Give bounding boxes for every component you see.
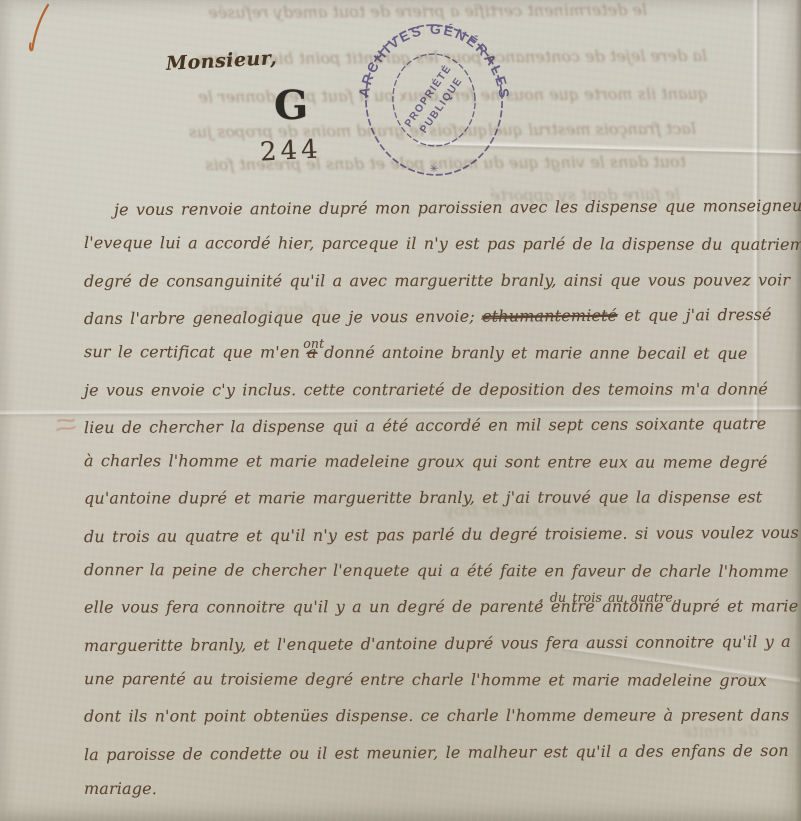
letter-line-5: sur le certificat que m'en onta donné an… bbox=[84, 342, 748, 363]
struck-word: a bbox=[307, 343, 317, 362]
archive-number: 244 bbox=[259, 134, 322, 167]
scan-edge-shadow bbox=[795, 0, 801, 821]
struck-word: ethumantemieté bbox=[482, 306, 617, 326]
margin-ink-mark-icon bbox=[56, 416, 78, 440]
letter-line-1: je vous renvoie antoine dupré mon parois… bbox=[114, 196, 801, 219]
letter-line-2: l'eveque lui a accordé hier, parceque il… bbox=[84, 233, 801, 254]
insertion-point: ethumantemieté bbox=[482, 306, 617, 326]
letter-line-13: margueritte branly, et l'enquete d'antoi… bbox=[84, 631, 791, 654]
insertion-point: onta bbox=[307, 343, 317, 362]
stamp-bottom-mark: ✳ bbox=[430, 164, 438, 175]
letter-line-14: une parenté au troisieme degré entre cha… bbox=[84, 669, 767, 690]
letter-line-11: donner la peine de chercher l'enquete qu… bbox=[84, 560, 789, 581]
letter-line-9: qu'antoine dupré et marie margueritte br… bbox=[84, 488, 762, 508]
checkmark-icon bbox=[22, 2, 52, 57]
letter-line-10: du trois au quatre et qu'il n'y est pas … bbox=[84, 523, 799, 546]
letter-line-4: dans l'arbre genealogique que je vous en… bbox=[84, 305, 772, 328]
letter-line-16: la paroisse de condette ou il est meunie… bbox=[84, 740, 789, 763]
letter-line-12: elle vous fera connoitre qu'il y a un de… bbox=[84, 597, 798, 617]
letter-line-6: je vous envoie c'y inclus. cette contrar… bbox=[84, 379, 768, 399]
interline-insertion: , du trois au quatre, bbox=[540, 590, 677, 605]
letter-line-7: lieu de chercher la dispense qui a été a… bbox=[84, 414, 766, 437]
letter-page: le determinent certifie a priere de tout… bbox=[0, 0, 801, 821]
archive-letter-stamp: G bbox=[274, 82, 309, 130]
letter-line-8: à charles l'homme et marie madeleine gro… bbox=[84, 451, 768, 472]
letter-line-15: dont ils n'ont point obtenües dispense. … bbox=[84, 706, 789, 726]
archives-generales-stamp: ARCHIVES GÉNÉRALES PROPRIÉTÉ PUBLIQUE ✳ bbox=[358, 20, 510, 182]
letter-line-17: mariage. bbox=[84, 779, 157, 798]
salutation: Monsieur, bbox=[166, 47, 278, 75]
letter-line-3: degré de consanguinité qu'il a avec marg… bbox=[84, 270, 790, 290]
